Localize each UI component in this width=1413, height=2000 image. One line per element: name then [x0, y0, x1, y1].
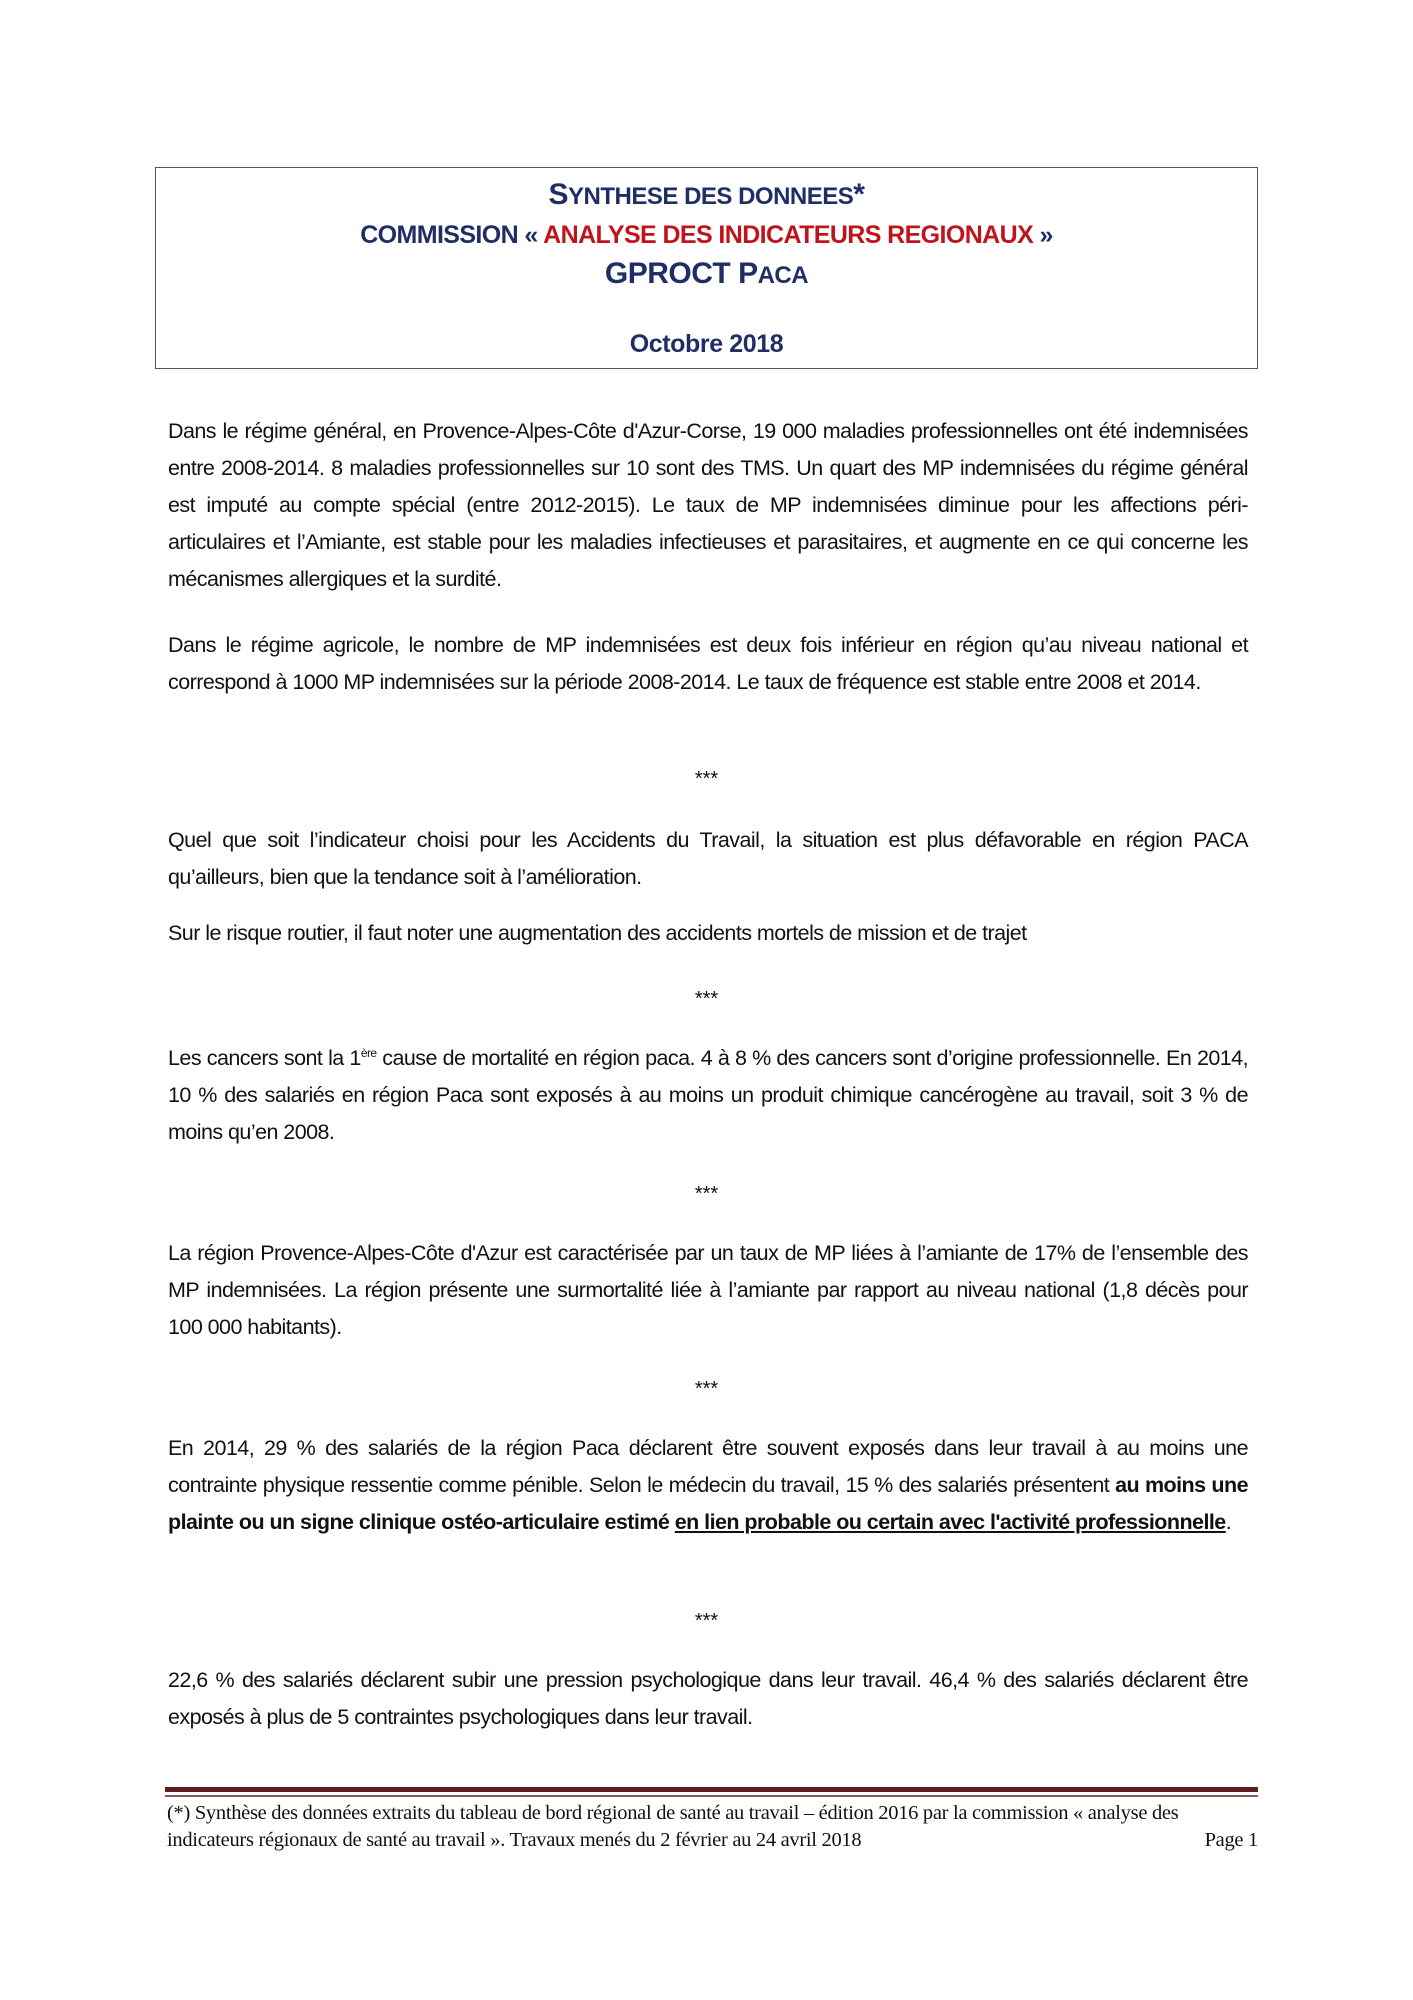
footnote: (*) Synthèse des données extraits du tab…	[167, 1802, 1178, 1851]
organization-main: GPROCT P	[605, 257, 758, 290]
organization-line: GPROCT PACA	[156, 257, 1257, 291]
document-title: SYNTHESE DES DONNEES*	[156, 178, 1257, 212]
period: .	[1226, 1510, 1231, 1534]
title-rest: YNTHESE DES DONNEES	[568, 183, 853, 210]
ordinal-superscript: ère	[361, 1046, 377, 1060]
title-asterisk: *	[853, 178, 864, 211]
commission-line: COMMISSION « ANALYSE DES INDICATEURS REG…	[156, 221, 1257, 250]
contraintes-text: En 2014, 29 % des salariés de la région …	[168, 1436, 1248, 1497]
title-box: SYNTHESE DES DONNEES* COMMISSION « ANALY…	[155, 167, 1258, 369]
section-separator: ***	[0, 1183, 1413, 1206]
footer-rule-thin	[165, 1795, 1258, 1797]
section-separator: ***	[0, 988, 1413, 1011]
paragraph-pression-psychologique: 22,6 % des salariés déclarent subir une …	[168, 1662, 1248, 1736]
commission-suffix: »	[1033, 221, 1053, 249]
cancers-text-start: Les cancers sont la 1	[168, 1046, 361, 1070]
organization-small: ACA	[758, 262, 809, 289]
document-date: Octobre 2018	[156, 330, 1257, 359]
paragraph-regime-general: Dans le régime général, en Provence-Alpe…	[168, 413, 1248, 598]
bold-underlined-emphasis: en lien probable ou certain avec l'activ…	[675, 1510, 1226, 1534]
commission-prefix: COMMISSION «	[360, 221, 543, 249]
paragraph-amiante: La région Provence-Alpes-Côte d'Azur est…	[168, 1235, 1248, 1346]
section-separator: ***	[0, 768, 1413, 791]
paragraph-risque-routier: Sur le risque routier, il faut noter une…	[168, 915, 1248, 952]
footer-rule-thick	[165, 1787, 1258, 1792]
page-number: Page 1	[1205, 1827, 1258, 1854]
section-separator: ***	[0, 1378, 1413, 1401]
paragraph-regime-agricole: Dans le régime agricole, le nombre de MP…	[168, 627, 1248, 701]
footer: (*) Synthèse des données extraits du tab…	[167, 1800, 1258, 1854]
paragraph-cancers: Les cancers sont la 1ère cause de mortal…	[168, 1040, 1248, 1151]
title-initial: S	[549, 178, 569, 211]
commission-name: ANALYSE DES INDICATEURS REGIONAUX	[543, 221, 1033, 249]
section-separator: ***	[0, 1610, 1413, 1633]
document-page: SYNTHESE DES DONNEES* COMMISSION « ANALY…	[0, 0, 1413, 2000]
paragraph-accidents-travail: Quel que soit l’indicateur choisi pour l…	[168, 822, 1248, 896]
paragraph-contraintes-physiques: En 2014, 29 % des salariés de la région …	[168, 1430, 1248, 1541]
